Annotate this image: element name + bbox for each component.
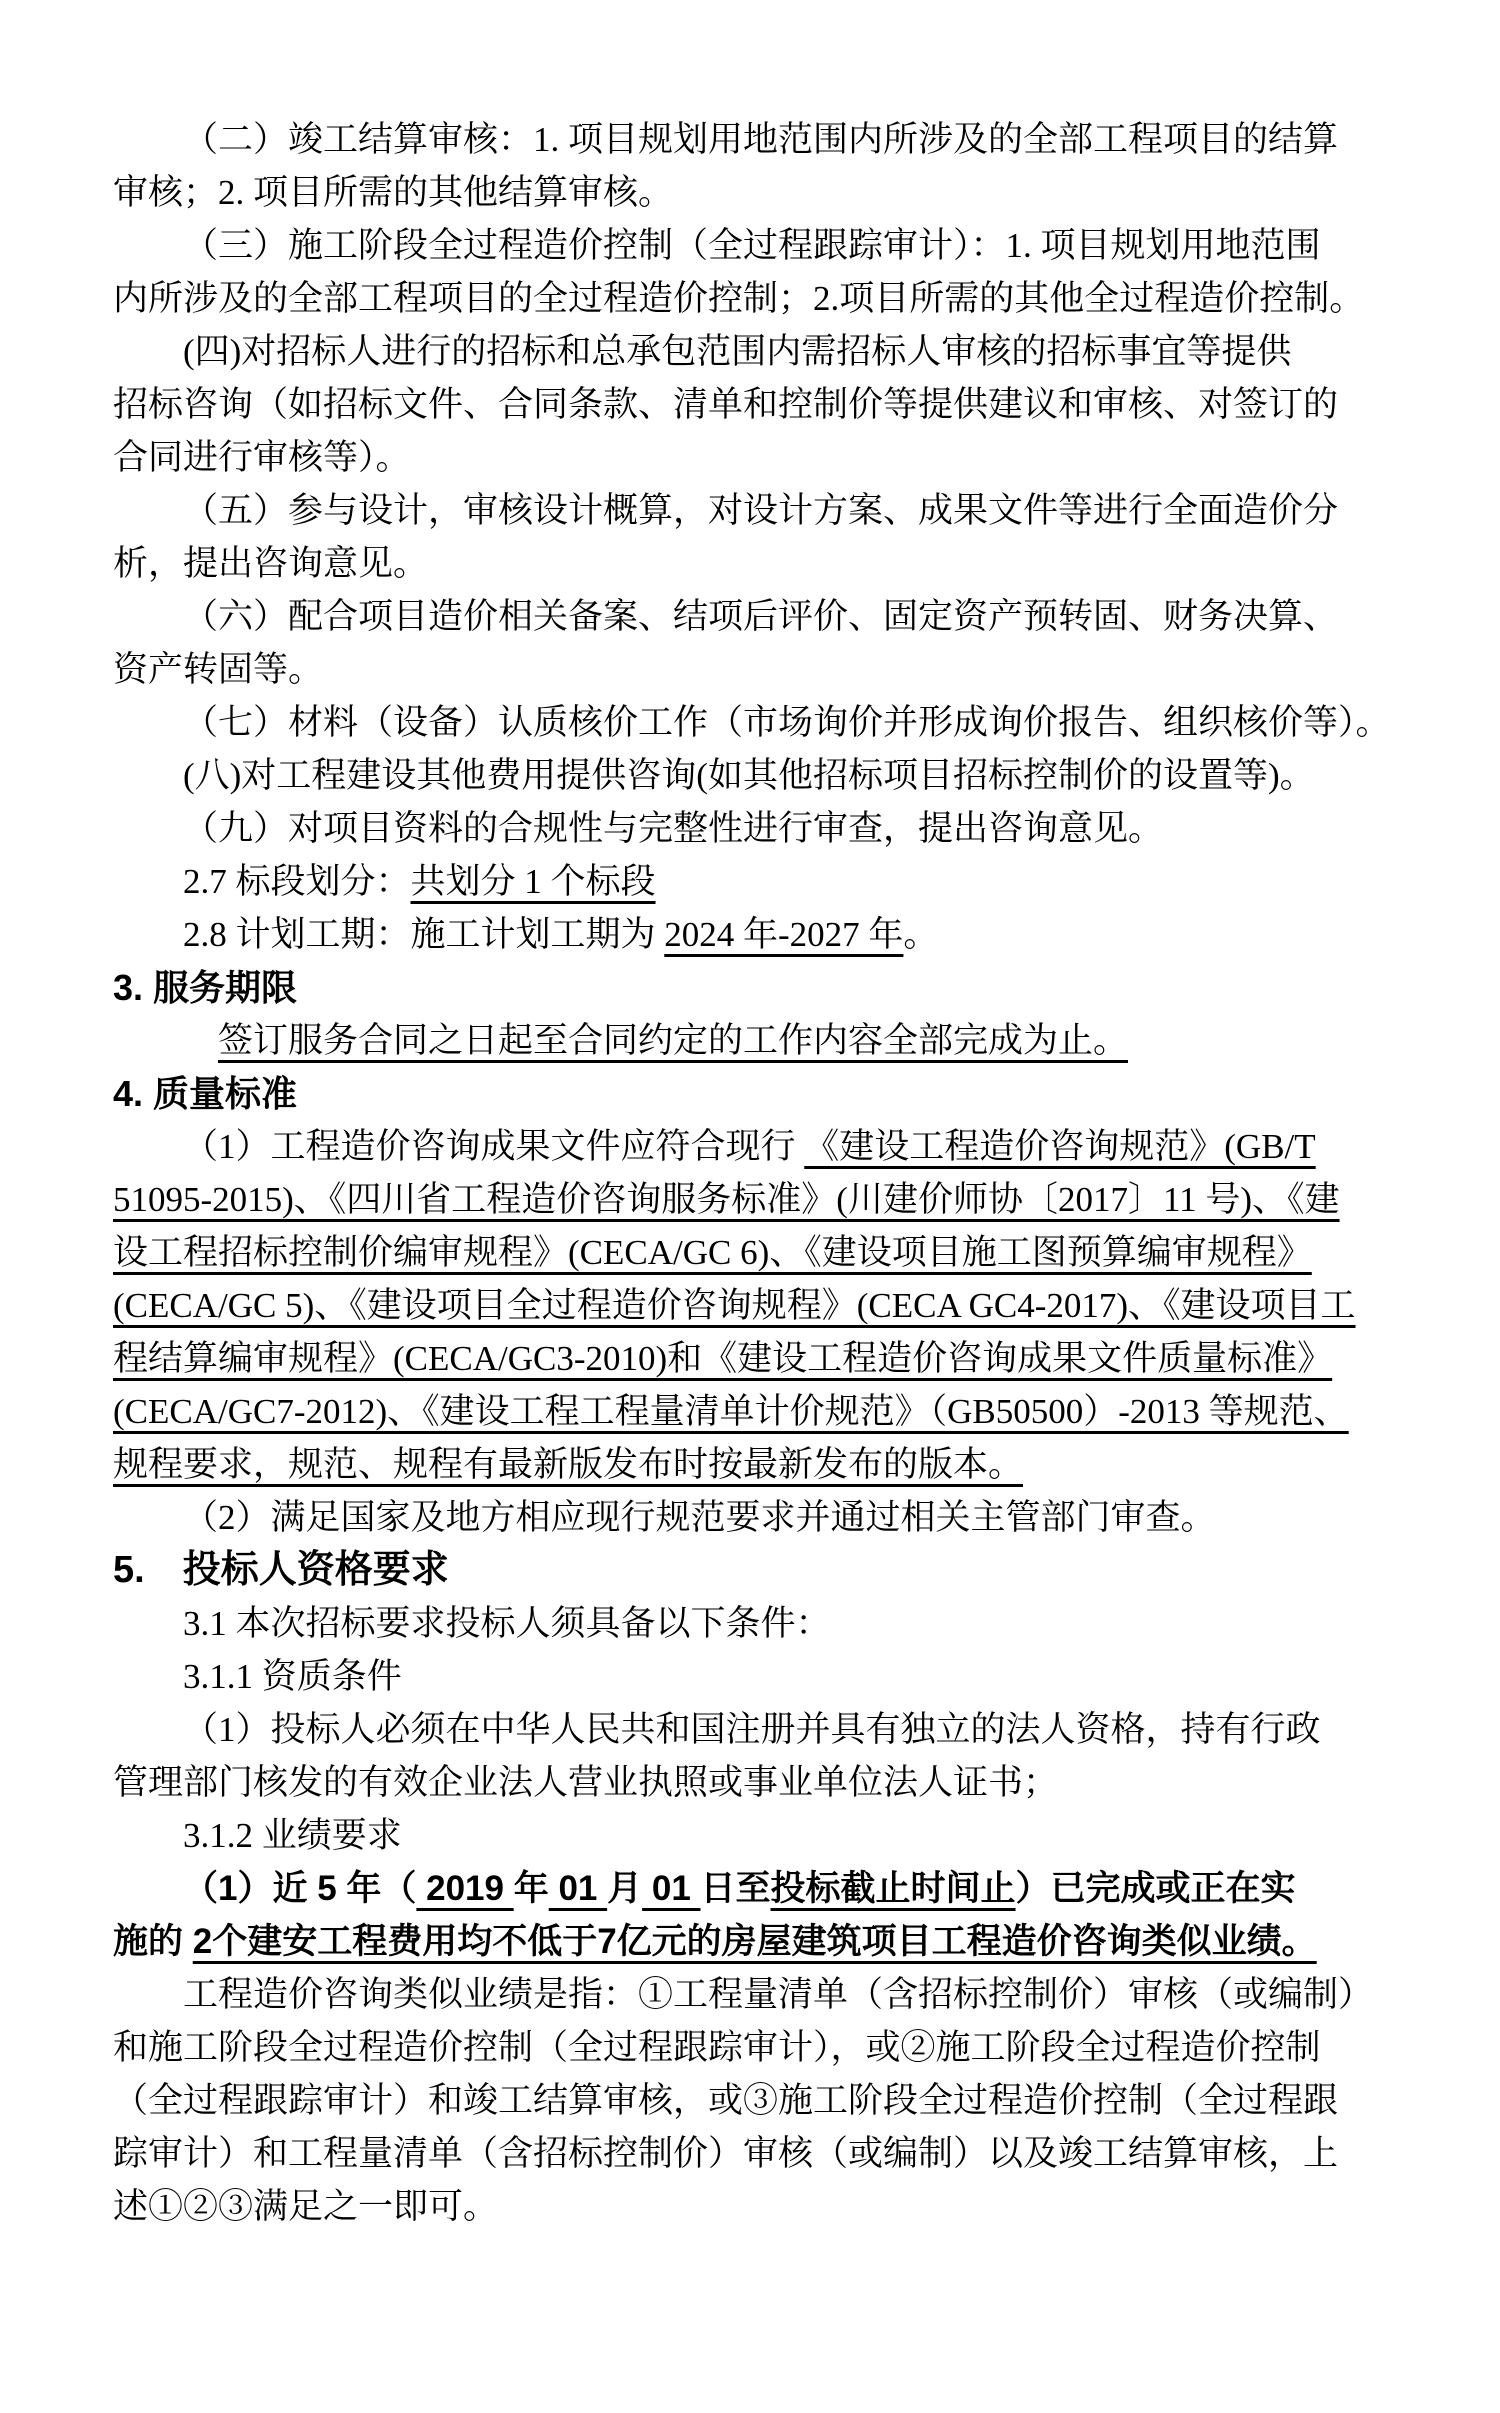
service-scope-item-3-line-1: （三）施工阶段全过程造价控制（全过程跟踪审计）：1. 项目规划用地范围 — [113, 219, 1405, 272]
text-run: (八)对工程建设其他费用提供咨询(如其他招标项目招标控制价的设置等)。 — [183, 756, 1315, 795]
quality-standard-line-4: (CECA/GC 5)、《建设项目全过程造价咨询规程》(CECA GC4-201… — [113, 1279, 1405, 1332]
performance-requirement-line-1: （1）近 5 年（ 2019 年 01 月 01 日至投标截止时间止）已完成或正… — [113, 1862, 1405, 1915]
text-run: 内所涉及的全部工程项目的全过程造价控制；2.项目所需的其他全过程造价控制。 — [113, 279, 1364, 318]
text-run: （三）施工阶段全过程造价控制（全过程跟踪审计）：1. 项目规划用地范围 — [183, 226, 1321, 265]
text-run: 3.1.1 资质条件 — [183, 1657, 402, 1696]
service-scope-item-4-line-2: 招标咨询（如招标文件、合同条款、清单和控制价等提供建议和审核、对签订的 — [113, 378, 1405, 431]
underlined-text-run: 51095-2015)、《四川省工程造价咨询服务标准》(川建价师协〔2017〕1… — [113, 1180, 1340, 1219]
text-run: 3. 服务期限 — [113, 967, 297, 1008]
underlined-text-run: 签订服务合同之日起至合同约定的工作内容全部完成为止。 — [218, 1021, 1128, 1060]
service-scope-item-6-line-1: （六）配合项目造价相关备案、结项后评价、固定资产预转固、财务决算、 — [113, 590, 1405, 643]
text-run: （1）投标人必须在中华人民共和国注册并具有独立的法人资格，持有行政 — [183, 1710, 1321, 1749]
similar-performance-definition-line-5: 述①②③满足之一即可。 — [113, 2180, 1405, 2233]
service-period-heading: 3. 服务期限 — [113, 961, 1405, 1014]
similar-performance-definition-line-1: 工程造价咨询类似业绩是指：①工程量清单（含招标控制价）审核（或编制） — [113, 1968, 1405, 2021]
underlined-text-run: 共划分 1 个标段 — [411, 862, 656, 901]
underlined-text-run: 2个建安工程费用均不低于7亿元的房屋建筑项目工程造价咨询类似业绩。 — [193, 1922, 1317, 1961]
text-run: 和施工阶段全过程造价控制（全过程跟踪审计），或②施工阶段全过程造价控制 — [113, 2028, 1321, 2067]
service-scope-item-5-line-2: 析，提出咨询意见。 — [113, 537, 1405, 590]
quality-standard-line-3: 设工程招标控制价编审规程》(CECA/GC 6)、《建设项目施工图预算编审规程》 — [113, 1226, 1405, 1279]
text-run: 审核；2. 项目所需的其他结算审核。 — [113, 173, 673, 212]
qualification-condition-heading-line: 3.1.1 资质条件 — [113, 1650, 1405, 1703]
similar-performance-definition-line-3: （全过程跟踪审计）和竣工结算审核，或③施工阶段全过程造价控制（全过程跟 — [113, 2074, 1405, 2127]
text-run: 2.7 标段划分： — [183, 862, 411, 901]
text-run: 2.8 计划工期：施工计划工期为 — [183, 915, 664, 954]
quality-standard-line-5: 程结算编审规程》(CECA/GC3-2010)和《建设工程造价咨询成果文件质量标… — [113, 1332, 1405, 1385]
text-run: （2）满足国家及地方相应现行规范要求并通过相关主管部门审查。 — [183, 1498, 1216, 1537]
text-run: （七）材料（设备）认质核价工作（市场询价并形成询价报告、组织核价等）。 — [183, 703, 1391, 742]
text-run: 3.1.2 业绩要求 — [183, 1816, 402, 1855]
service-scope-item-8-line-1: (八)对工程建设其他费用提供咨询(如其他招标项目招标控制价的设置等)。 — [113, 749, 1405, 802]
underlined-text-run: 2024 年-2027 年 — [664, 915, 903, 954]
text-run: 日至 — [701, 1869, 771, 1908]
text-run: 析，提出咨询意见。 — [113, 544, 428, 583]
text-run: 月 — [607, 1869, 642, 1908]
text-run: 4. 质量标准 — [113, 1073, 297, 1114]
text-run: 。 — [903, 915, 938, 954]
underlined-text-run: 程结算编审规程》(CECA/GC3-2010)和《建设工程造价咨询成果文件质量标… — [113, 1339, 1332, 1378]
text-run: 管理部门核发的有效企业法人营业执照或事业单位法人证书； — [113, 1763, 1058, 1802]
service-period-line: 签订服务合同之日起至合同约定的工作内容全部完成为止。 — [113, 1014, 1405, 1067]
qualification-condition-line-2: 管理部门核发的有效企业法人营业执照或事业单位法人证书； — [113, 1756, 1405, 1809]
quality-standard-line-2: 51095-2015)、《四川省工程造价咨询服务标准》(川建价师协〔2017〕1… — [113, 1173, 1405, 1226]
text-run: 年 — [514, 1869, 549, 1908]
underlined-text-run: 01 — [642, 1869, 700, 1908]
text-run: 踪审计）和工程量清单（含招标控制价）审核（或编制）以及竣工结算审核，上 — [113, 2134, 1338, 2173]
similar-performance-definition-line-2: 和施工阶段全过程造价控制（全过程跟踪审计），或②施工阶段全过程造价控制 — [113, 2021, 1405, 2074]
quality-standard-line-6: (CECA/GC7-2012)、《建设工程工程量清单计价规范》（GB50500）… — [113, 1385, 1405, 1438]
text-run: 3.1 本次招标要求投标人须具备以下条件： — [183, 1604, 831, 1643]
underlined-text-run: 规程要求，规范、规程有最新版发布时按最新发布的版本。 — [113, 1445, 1023, 1484]
document-page: （二）竣工结算审核：1. 项目规划用地范围内所涉及的全部工程项目的结算审核；2.… — [0, 0, 1500, 2413]
bidder-qualification-heading: 5. 投标人资格要求 — [113, 1544, 1405, 1597]
underlined-text-run: (CECA/GC 5)、《建设项目全过程造价咨询规程》(CECA GC4-201… — [113, 1286, 1356, 1325]
text-run: （九）对项目资料的合规性与完整性进行审查，提出咨询意见。 — [183, 809, 1163, 848]
service-scope-item-5-line-1: （五）参与设计，审核设计概算，对设计方案、成果文件等进行全面造价分 — [113, 484, 1405, 537]
quality-standard-heading: 4. 质量标准 — [113, 1067, 1405, 1120]
text-run: （1）工程造价咨询成果文件应符合现行 — [183, 1127, 804, 1166]
text-run: 资产转固等。 — [113, 650, 323, 689]
text-run: 招标咨询（如招标文件、合同条款、清单和控制价等提供建议和审核、对签订的 — [113, 385, 1338, 424]
quality-standard-line-7: 规程要求，规范、规程有最新版发布时按最新发布的版本。 — [113, 1438, 1405, 1491]
underlined-text-run: 2019 — [416, 1869, 513, 1908]
text-run: （二）竣工结算审核：1. 项目规划用地范围内所涉及的全部工程项目的结算 — [183, 120, 1338, 159]
service-scope-item-2-line-2: 审核；2. 项目所需的其他结算审核。 — [113, 166, 1405, 219]
underlined-text-run: 01 — [549, 1869, 607, 1908]
underlined-text-run: 设工程招标控制价编审规程》(CECA/GC 6)、《建设项目施工图预算编审规程》 — [113, 1233, 1312, 1272]
text-run: 施的 — [113, 1922, 193, 1961]
service-scope-item-4-line-1: (四)对招标人进行的招标和总承包范围内需招标人审核的招标事宜等提供 — [113, 325, 1405, 378]
performance-requirement-heading-line: 3.1.2 业绩要求 — [113, 1809, 1405, 1862]
underlined-text-run: 《建设工程造价咨询规范》(GB/T — [804, 1127, 1315, 1166]
qualification-intro-line: 3.1 本次招标要求投标人须具备以下条件： — [113, 1597, 1405, 1650]
text-run: 5. 投标人资格要求 — [113, 1549, 449, 1591]
bid-section-division-line: 2.7 标段划分：共划分 1 个标段 — [113, 855, 1405, 908]
text-run: ）已完成或正在实 — [1016, 1869, 1296, 1908]
underlined-text-run: (CECA/GC7-2012)、《建设工程工程量清单计价规范》（GB50500）… — [113, 1392, 1349, 1431]
service-scope-item-2-line-1: （二）竣工结算审核：1. 项目规划用地范围内所涉及的全部工程项目的结算 — [113, 113, 1405, 166]
text-run: 合同进行审核等）。 — [113, 438, 411, 477]
quality-standard-line-1: （1）工程造价咨询成果文件应符合现行 《建设工程造价咨询规范》(GB/T — [113, 1120, 1405, 1173]
text-run: 工程造价咨询类似业绩是指：①工程量清单（含招标控制价）审核（或编制） — [183, 1975, 1373, 2014]
service-scope-item-6-line-2: 资产转固等。 — [113, 643, 1405, 696]
quality-standard-line-8: （2）满足国家及地方相应现行规范要求并通过相关主管部门审查。 — [113, 1491, 1405, 1544]
similar-performance-definition-line-4: 踪审计）和工程量清单（含招标控制价）审核（或编制）以及竣工结算审核，上 — [113, 2127, 1405, 2180]
performance-requirement-line-2: 施的 2个建安工程费用均不低于7亿元的房屋建筑项目工程造价咨询类似业绩。 — [113, 1915, 1405, 1968]
text-run: （五）参与设计，审核设计概算，对设计方案、成果文件等进行全面造价分 — [183, 491, 1338, 530]
qualification-condition-line-1: （1）投标人必须在中华人民共和国注册并具有独立的法人资格，持有行政 — [113, 1703, 1405, 1756]
service-scope-item-7-line-1: （七）材料（设备）认质核价工作（市场询价并形成询价报告、组织核价等）。 — [113, 696, 1405, 749]
service-scope-item-9-line-1: （九）对项目资料的合规性与完整性进行审查，提出咨询意见。 — [113, 802, 1405, 855]
service-scope-item-3-line-2: 内所涉及的全部工程项目的全过程造价控制；2.项目所需的其他全过程造价控制。 — [113, 272, 1405, 325]
service-scope-item-4-line-3: 合同进行审核等）。 — [113, 431, 1405, 484]
text-run: （全过程跟踪审计）和竣工结算审核，或③施工阶段全过程造价控制（全过程跟 — [113, 2081, 1338, 2120]
underlined-text-run: 投标截止时间止 — [771, 1869, 1016, 1908]
text-run: (四)对招标人进行的招标和总承包范围内需招标人审核的招标事宜等提供 — [183, 332, 1291, 371]
text-run: （六）配合项目造价相关备案、结项后评价、固定资产预转固、财务决算、 — [183, 597, 1338, 636]
text-run: 述①②③满足之一即可。 — [113, 2187, 498, 2226]
planned-schedule-line: 2.8 计划工期：施工计划工期为 2024 年-2027 年。 — [113, 908, 1405, 961]
text-run: （1）近 5 年（ — [183, 1869, 416, 1908]
